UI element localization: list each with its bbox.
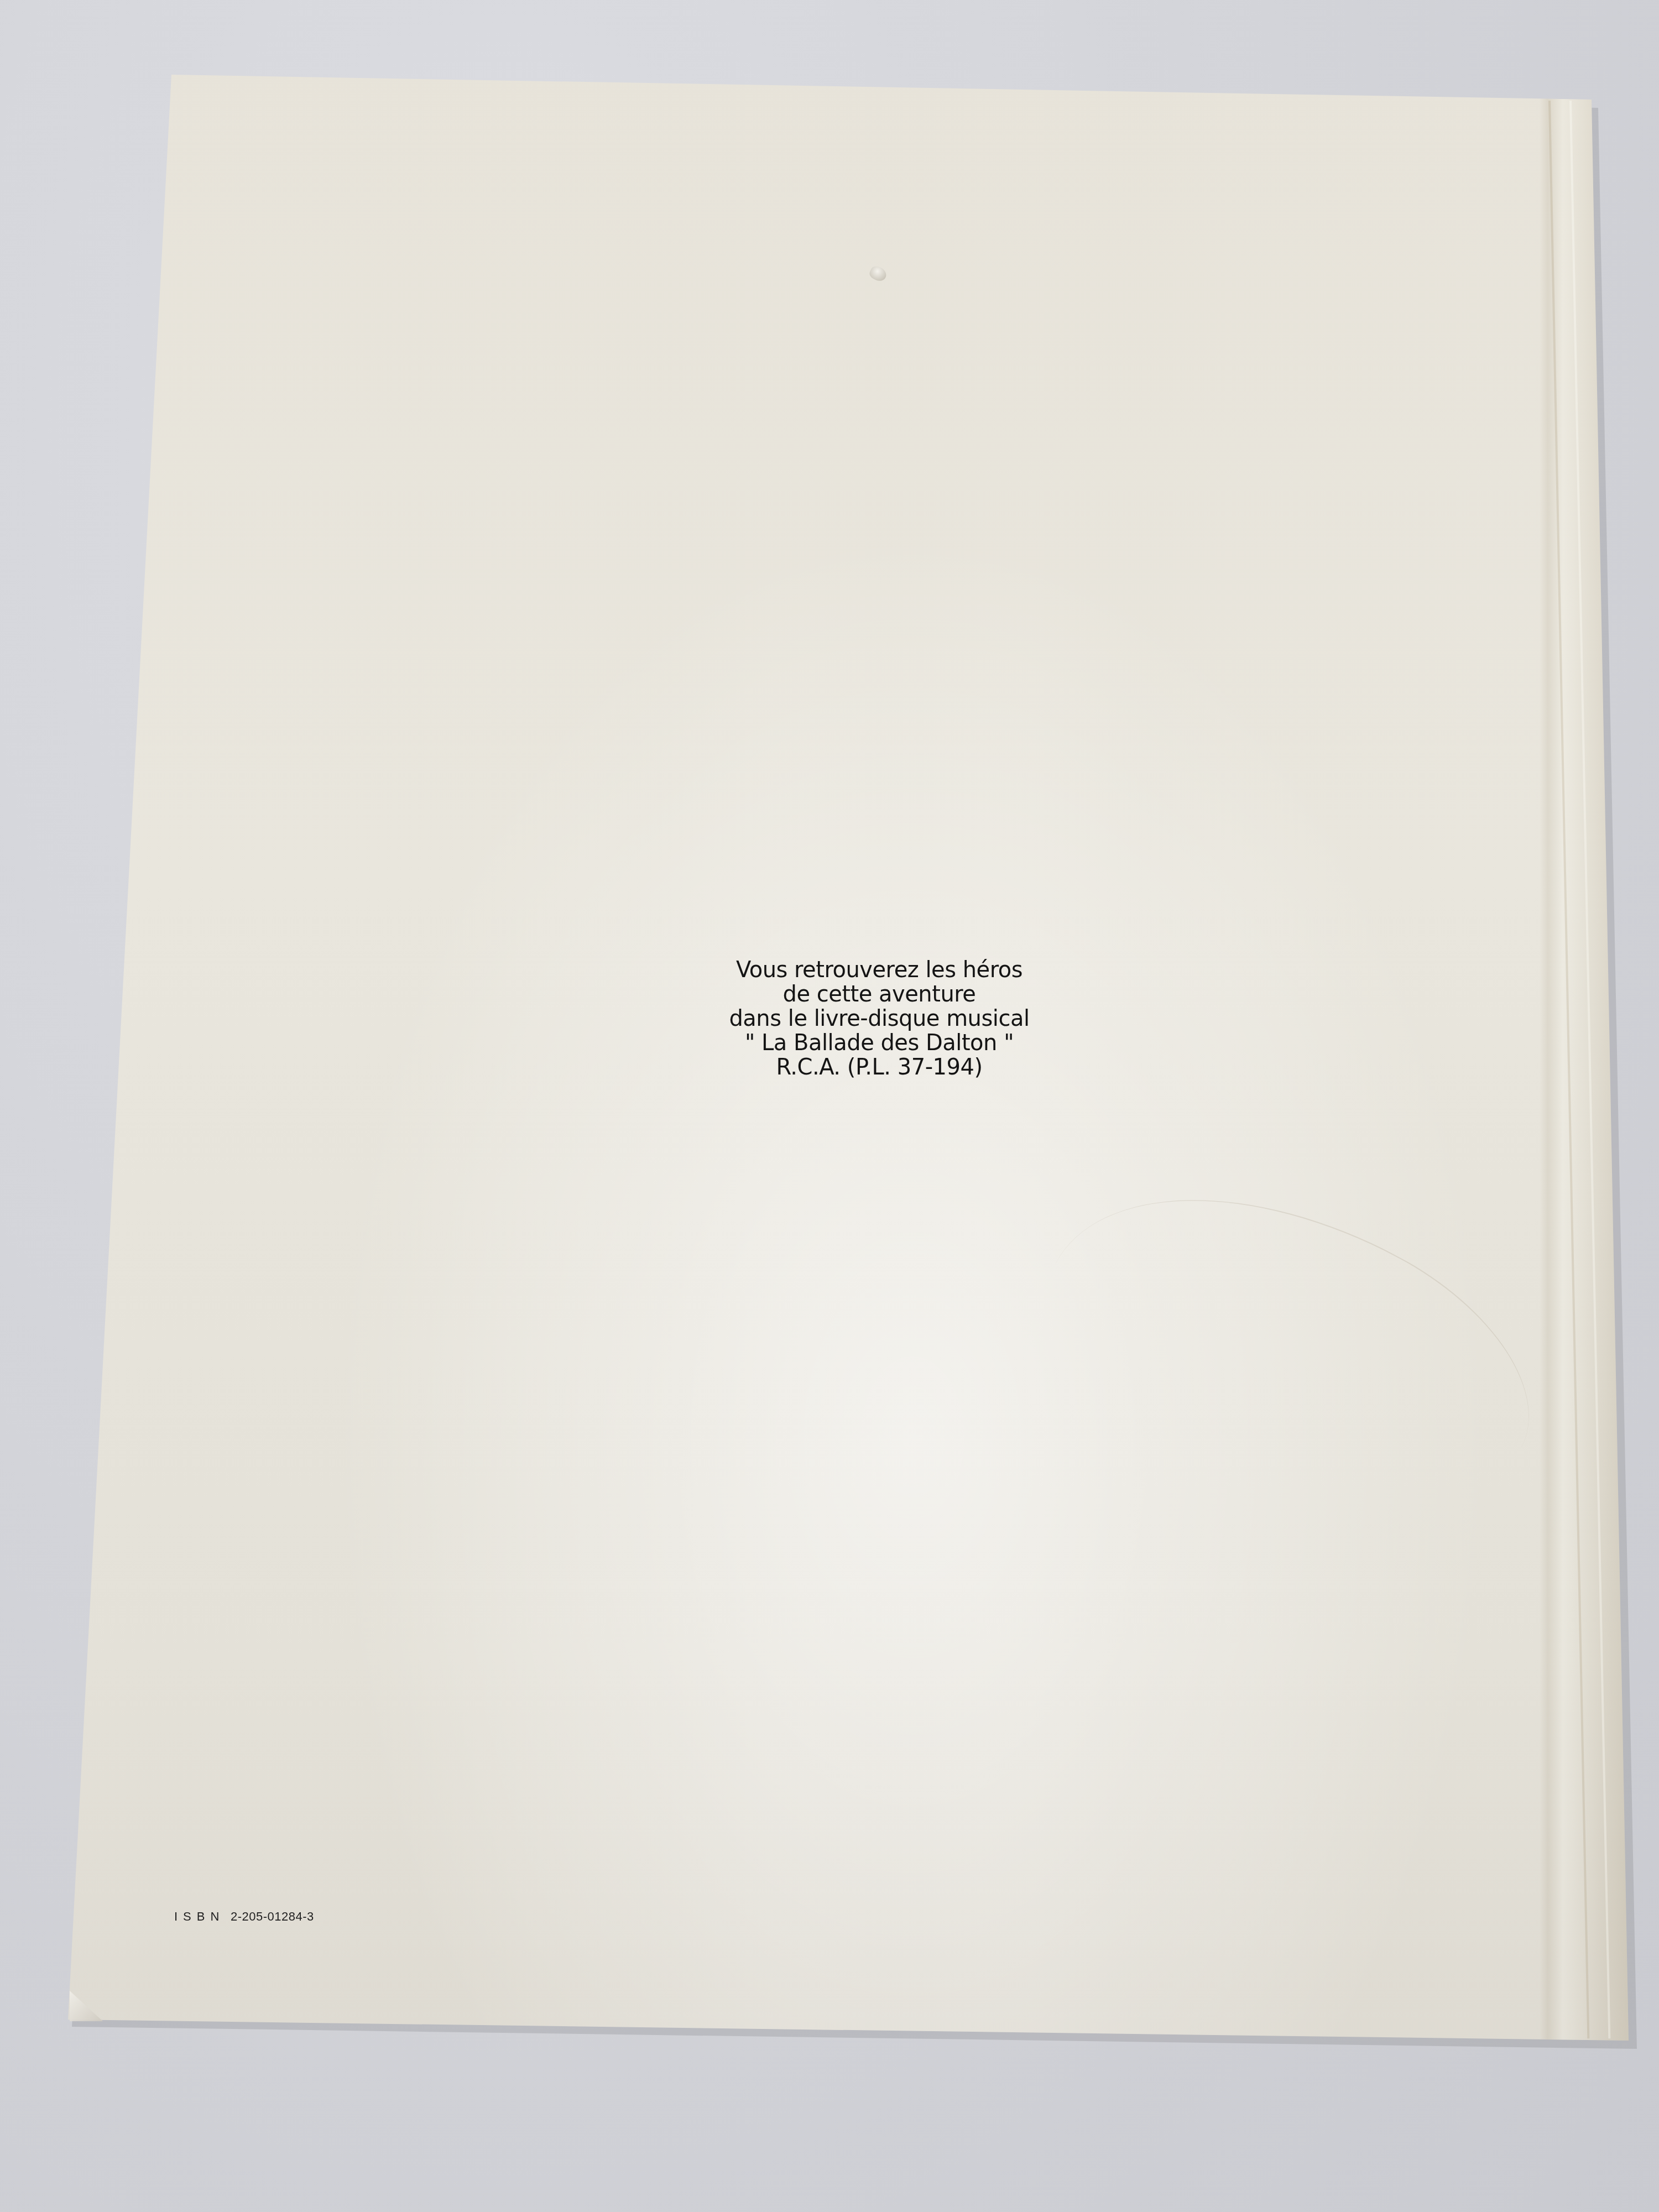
isbn: ISBN 2-205-01284-3 — [174, 1910, 314, 1924]
blurb-line: dans le livre-disque musical — [729, 1006, 1029, 1031]
book-back-cover — [0, 0, 1659, 2212]
isbn-number: 2-205-01284-3 — [231, 1910, 314, 1923]
blurb-line-title: " La Ballade des Dalton " — [729, 1031, 1029, 1055]
photo-scene: Vous retrouverez les héros de cette aven… — [0, 0, 1659, 2212]
blurb-line: de cette aventure — [729, 982, 1029, 1006]
blurb-line: Vous retrouverez les héros — [729, 958, 1029, 982]
cover-blurb: Vous retrouverez les héros de cette aven… — [729, 958, 1029, 1079]
isbn-label: ISBN — [174, 1910, 225, 1923]
blurb-line-catalog: R.C.A. (P.L. 37-194) — [729, 1055, 1029, 1079]
